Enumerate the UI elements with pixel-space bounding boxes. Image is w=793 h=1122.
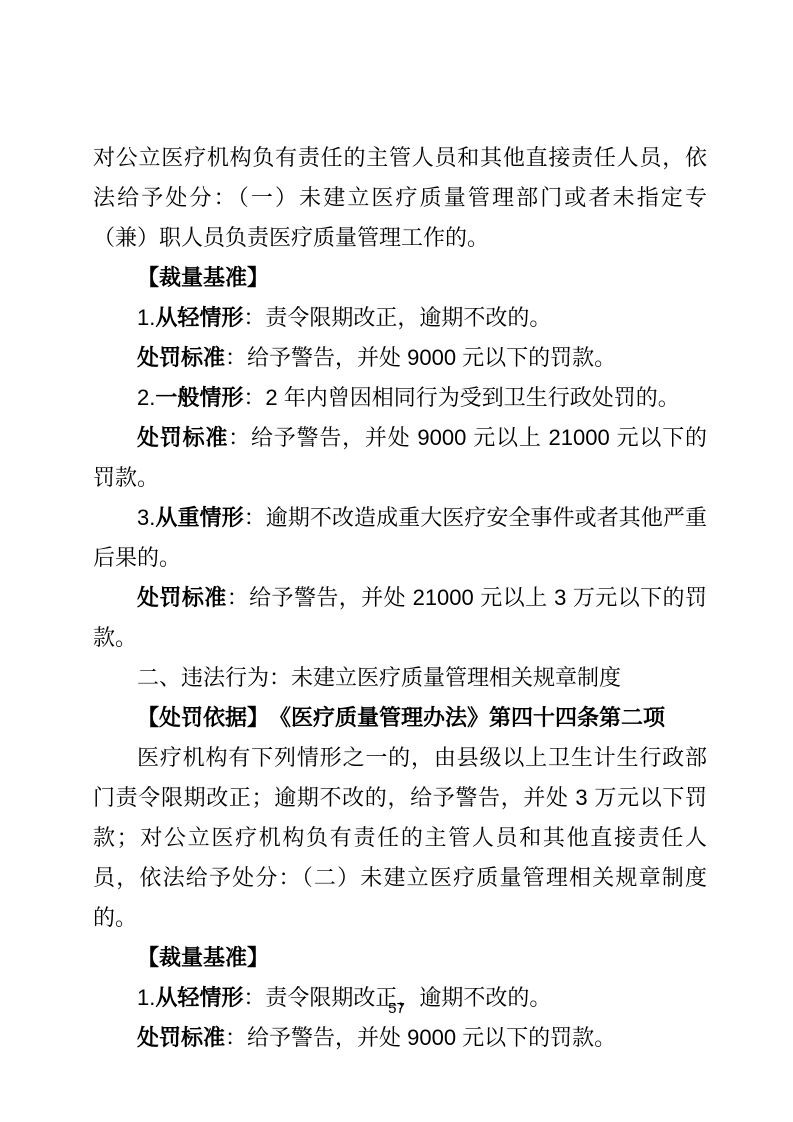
bold-run: 【裁量基准】 xyxy=(137,945,269,970)
bold-run: 处罚标准 xyxy=(137,585,227,610)
bold-run: 处罚标准 xyxy=(137,1025,225,1050)
paragraph-1: 对公立医疗机构负有责任的主管人员和其他直接责任人员，依法给予处分：（一）未建立医… xyxy=(93,138,707,258)
paragraph-3: 1.从轻情形：责令限期改正，逾期不改的。 xyxy=(93,298,707,338)
document-body: 对公立医疗机构负有责任的主管人员和其他直接责任人员，依法给予处分：（一）未建立医… xyxy=(93,138,707,1058)
paragraph-14: 处罚标准：给予警告，并处 9000 元以下的罚款。 xyxy=(93,1018,707,1058)
paragraph-8: 处罚标准：给予警告，并处 21000 元以上 3 万元以下的罚款。 xyxy=(93,578,707,658)
text-run: 对公立医疗机构负有责任的主管人员和其他直接责任人员，依法给予处分：（一）未建立医… xyxy=(93,145,707,250)
paragraph-9: 二、违法行为：未建立医疗质量管理相关规章制度 xyxy=(93,658,707,698)
text-run: ：给予警告，并处 9000 元以下的罚款。 xyxy=(225,345,616,370)
document-page: 对公立医疗机构负有责任的主管人员和其他直接责任人员，依法给予处分：（一）未建立医… xyxy=(0,0,793,1122)
text-run: ：责令限期改正，逾期不改的。 xyxy=(243,305,551,330)
paragraph-7: 3.从重情形：逾期不改造成重大医疗安全事件或者其他严重后果的。 xyxy=(93,498,707,578)
paragraph-4: 处罚标准：给予警告，并处 9000 元以下的罚款。 xyxy=(93,338,707,378)
bold-run: 从重情形 xyxy=(155,505,243,530)
text-run: 2. xyxy=(137,385,155,410)
text-run: ：2 年内曾因相同行为受到卫生行政处罚的。 xyxy=(243,385,679,410)
paragraph-11: 医疗机构有下列情形之一的，由县级以上卫生计生行政部门责令限期改正；逾期不改的，给… xyxy=(93,738,707,938)
paragraph-12: 【裁量基准】 xyxy=(93,938,707,978)
text-run: 医疗机构有下列情形之一的，由县级以上卫生计生行政部门责令限期改正；逾期不改的，给… xyxy=(93,745,707,930)
text-run: 1. xyxy=(137,305,155,330)
text-run: 二、违法行为：未建立医疗质量管理相关规章制度 xyxy=(137,665,621,690)
paragraph-5: 2.一般情形：2 年内曾因相同行为受到卫生行政处罚的。 xyxy=(93,378,707,418)
text-run: ：给予警告，并处 9000 元以下的罚款。 xyxy=(225,1025,616,1050)
paragraph-2: 【裁量基准】 xyxy=(93,258,707,298)
text-run: 3. xyxy=(137,505,155,530)
bold-run: 【处罚依据】 《医疗质量管理办法》第四十四条第二项 xyxy=(137,705,665,730)
bold-run: 从轻情形 xyxy=(155,305,243,330)
bold-run: 处罚标准 xyxy=(137,345,225,370)
bold-run: 处罚标准 xyxy=(137,425,228,450)
page-number: 57 xyxy=(0,1000,793,1018)
bold-run: 一般情形 xyxy=(155,385,243,410)
bold-run: 【裁量基准】 xyxy=(137,265,269,290)
paragraph-10: 【处罚依据】 《医疗质量管理办法》第四十四条第二项 xyxy=(93,698,707,738)
paragraph-6: 处罚标准：给予警告，并处 9000 元以上 21000 元以下的罚款。 xyxy=(93,418,707,498)
